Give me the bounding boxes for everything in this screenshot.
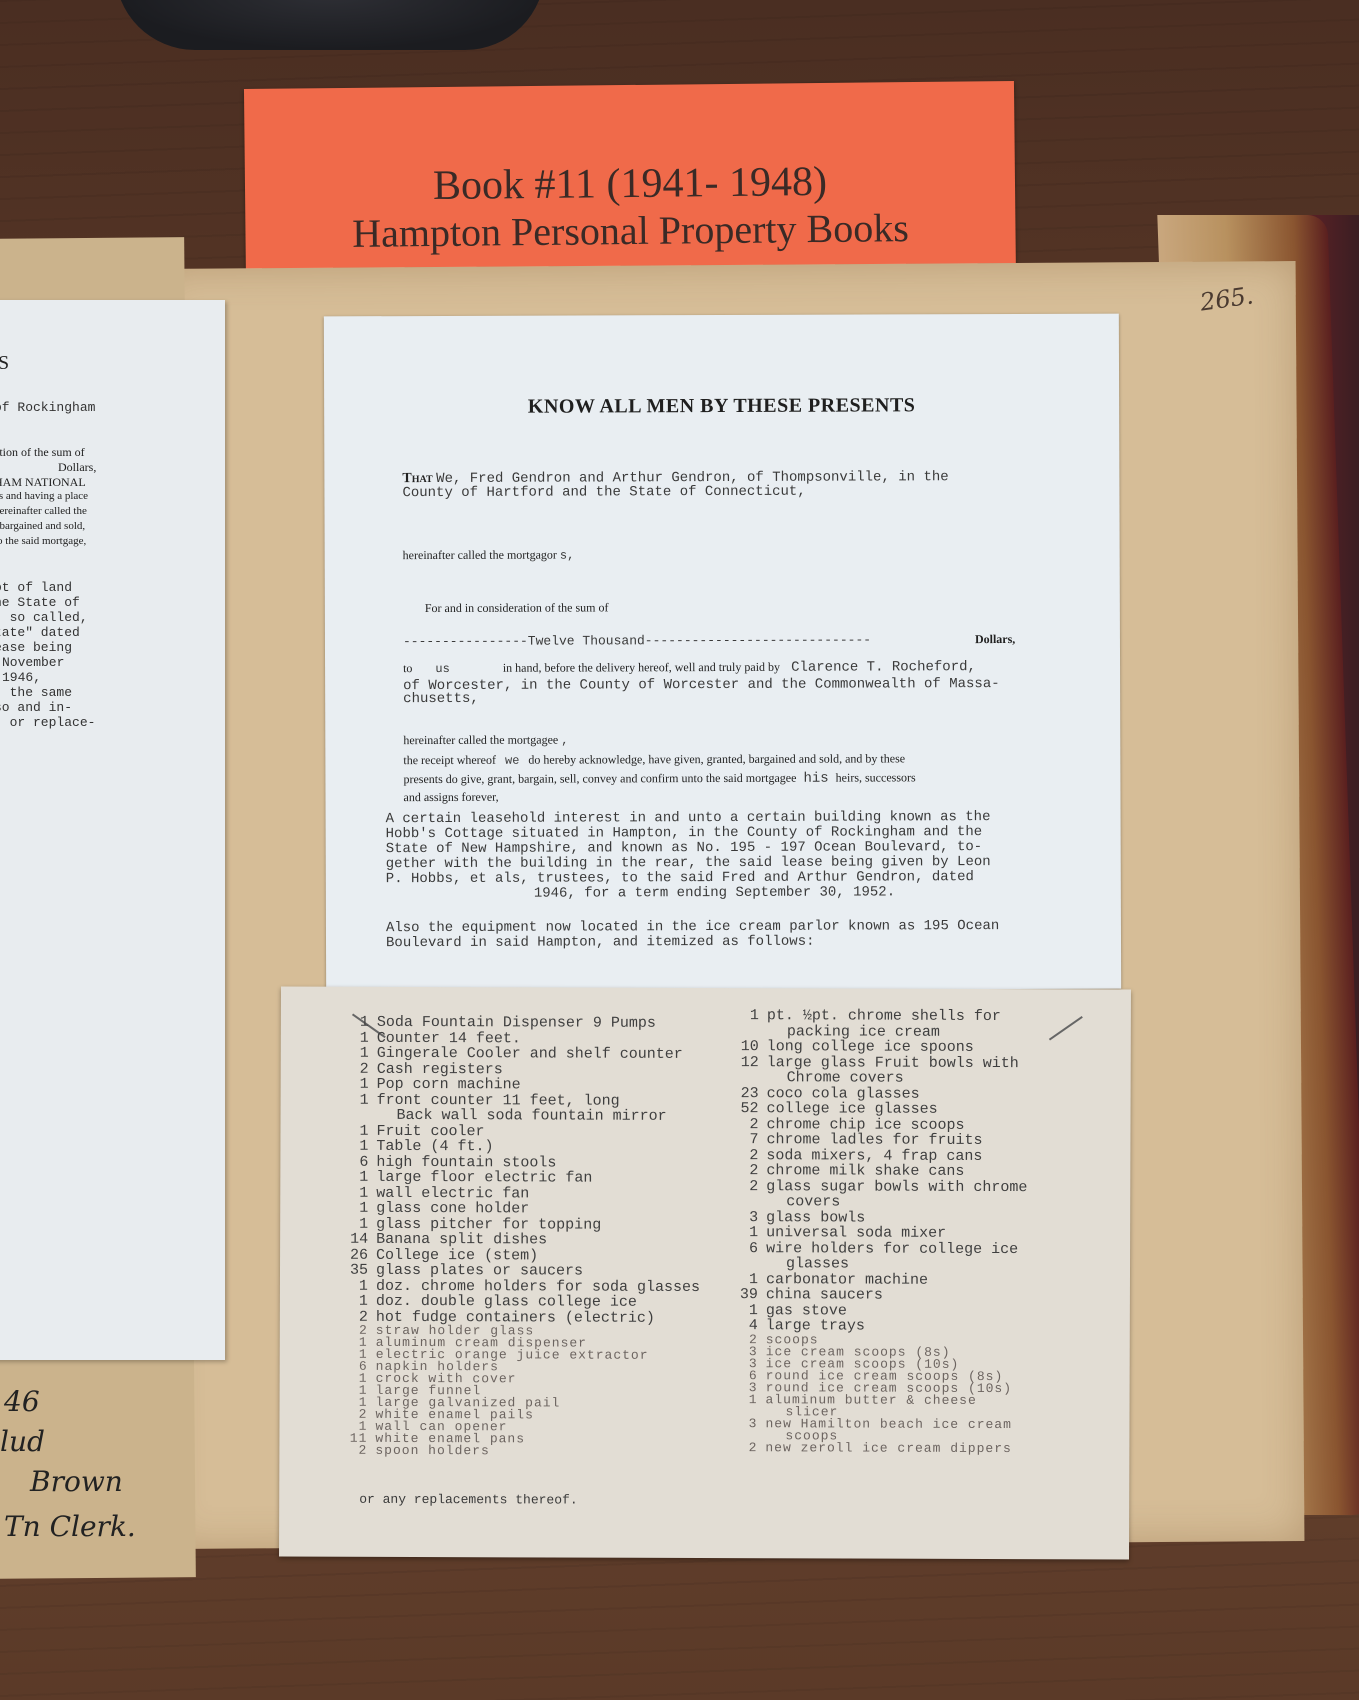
mortgagee-suffix: , [561,734,568,748]
handwriting-line: 46 [4,1385,40,1418]
item-quantity: 12 [731,1055,759,1071]
to-value: us [435,662,449,676]
item-description: pt. ½pt. chrome shells for [767,1008,1001,1024]
item-quantity: 39 [730,1287,758,1303]
item-description: gas stove [766,1303,847,1319]
item-description: Gingerale Cooler and shelf counter [377,1046,683,1063]
document-footer: or any replacements thereof. [359,1492,577,1508]
that-label: That [402,471,432,486]
left-typed-line: so and in- [0,700,72,715]
item-quantity: 1 [340,1185,368,1201]
inventory-item: covers [730,1194,1027,1211]
item-quantity: 2 [339,1445,367,1457]
inventory-item: 1aluminum butter & cheese [730,1394,1027,1407]
inventory-item: 3new Hamilton beach ice cream [729,1418,1026,1431]
item-description: large floor electric fan [376,1170,592,1186]
left-typed-line: , the same [0,685,72,700]
inventory-item: 2new zeroll ice cream dippers [729,1442,1026,1455]
item-quantity: 1 [730,1225,758,1241]
handwritten-signature: 46 lud Brown Tn Clerk. [0,1385,170,1585]
presents-line: presents do give, grant, bargain, sell, … [403,771,796,786]
inventory-sheet: 1Soda Fountain Dispenser 9 Pumps1Counter… [279,987,1131,1560]
item-description: spoon holders [375,1445,489,1457]
item-description: glass bowls [766,1210,865,1226]
item-quantity: 1 [340,1278,368,1294]
document-title: KNOW ALL MEN BY THESE PRESENTS [324,394,1119,420]
item-quantity: 26 [340,1247,368,1263]
handwriting-line: lud [0,1425,45,1458]
item-quantity: 1 [341,1015,369,1031]
consideration-label: For and in consideration of the sum of [425,600,609,616]
amount: ----------------Twelve Thousand---------… [403,632,871,649]
item-description: Table (4 ft.) [376,1139,493,1155]
to-label: to [403,661,412,675]
item-quantity: 1 [340,1216,368,1232]
receipt-prefix: the receipt whereof [403,753,496,767]
presents-suffix: heirs, successors [836,770,916,784]
item-quantity: 10 [731,1039,759,1055]
label-subtitle: Hampton Personal Property Books [245,203,1015,258]
left-typed-line: tate" dated [0,625,80,640]
left-line: , bargained and sold, [0,520,85,532]
item-quantity: 1 [730,1303,758,1319]
left-line: to the said mortgage, [0,535,86,547]
item-description: new zeroll ice cream dippers [765,1442,1011,1455]
item-description: covers [766,1194,840,1210]
item-quantity: 1 [340,1139,368,1155]
item-quantity: 2 [730,1148,758,1164]
item-quantity: 2 [729,1442,757,1454]
inventory-left-column: 1Soda Fountain Dispenser 9 Pumps1Counter… [339,1015,701,1458]
description-line: 1946, for a term ending September 30, 19… [386,885,991,902]
book-label-sheet: Book #11 (1941- 1948) Hampton Personal P… [244,81,1016,289]
left-typed-line: 1946, [2,670,41,685]
item-description: college ice glasses [767,1101,938,1117]
item-quantity: 2 [341,1061,369,1077]
item-quantity: 1 [341,1092,369,1108]
equipment-intro: Also the equipment now located in the ic… [386,919,999,951]
assigns-line: and assigns forever, [403,790,498,805]
left-line: Dollars, [58,460,96,475]
left-typed-line: he State of [0,595,80,610]
item-quantity: 14 [340,1232,368,1248]
item-quantity: 7 [730,1132,758,1148]
item-description: Soda Fountain Dispenser 9 Pumps [377,1015,656,1031]
payer-line3: chusetts, [403,691,479,707]
item-quantity: 1 [730,1394,758,1406]
mortgagor-suffix: s, [560,549,574,563]
item-quantity: 1 [730,1272,758,1288]
inventory-item: 2chrome milk shake cans [730,1163,1027,1180]
item-quantity: 23 [731,1086,759,1102]
dollars-label: Dollars, [975,632,1015,647]
item-quantity: 2 [730,1179,758,1195]
handwriting-line: Brown [30,1465,123,1498]
mortgagee-label: hereinafter called the mortgagee [403,733,558,748]
mortgagor-label: hereinafter called the mortgagor [403,548,557,563]
property-description: A certain leasehold interest in and unto… [386,810,991,902]
item-description: glass plates or saucers [376,1263,583,1279]
payer-line2: of Worcester, in the County of Worcester… [403,676,1000,694]
inventory-item: 1pt. ½pt. chrome shells for [731,1008,1028,1025]
left-typed-line: , or replace- [0,715,95,730]
inventory-item: 52college ice glasses [731,1101,1028,1118]
item-quantity: 35 [340,1263,368,1279]
inventory-item: 2spoon holders [339,1445,699,1458]
left-line: ation of the sum of [0,445,85,460]
inventory-right-column: 1pt. ½pt. chrome shells forpacking ice c… [729,1008,1028,1455]
payer: Clarence T. Rocheford, [791,659,976,676]
left-typed-line: November [2,655,64,670]
item-quantity: 1 [340,1170,368,1186]
item-description: universal soda mixer [766,1225,946,1241]
inventory-item: 10long college ice spoons [731,1039,1028,1056]
paid-by-label: in hand, before the delivery hereof, wel… [503,660,780,675]
item-description: long college ice spoons [767,1039,974,1055]
item-description: Fruit cooler [376,1123,484,1139]
mortgage-document: KNOW ALL MEN BY THESE PRESENTS That We, … [324,314,1121,992]
item-quantity: 1 [731,1008,759,1024]
inventory-item: 7chrome ladles for fruits [730,1132,1027,1149]
item-quantity: 1 [341,1030,369,1046]
left-typed-line: ease being [0,640,72,655]
left-typed-line: ot of land [0,580,72,595]
item-quantity: 3 [730,1210,758,1226]
grantors-line2: County of Hartford and the State of Conn… [402,484,805,501]
item-description: chrome milk shake cans [766,1163,964,1179]
inventory-item: Chrome covers [731,1070,1028,1087]
inventory-item: 1universal soda mixer [730,1225,1027,1242]
item-quantity: 1 [340,1123,368,1139]
item-quantity: 1 [340,1201,368,1217]
item-description: Chrome covers [767,1070,904,1086]
item-description: glass cone holder [376,1201,529,1217]
left-line: HAM NATIONAL [0,475,86,490]
inventory-item: 39china saucers [730,1287,1027,1304]
left-heading-fragment: S [0,352,9,375]
left-line: of Rockingham [0,400,95,415]
equipment-line: Boulevard in said Hampton, and itemized … [386,934,999,951]
item-quantity: 1 [341,1046,369,1062]
item-quantity: 6 [340,1154,368,1170]
left-line: hereinafter called the [0,505,87,517]
item-description: doz. double glass college ice [376,1294,637,1310]
item-description: china saucers [766,1287,883,1303]
receipt-suffix: do hereby acknowledge, have given, grant… [528,751,905,766]
item-quantity: 52 [731,1101,759,1117]
item-description: Banana split dishes [376,1232,547,1248]
left-typed-line: , so called, [0,610,88,625]
item-quantity: 2 [730,1117,758,1133]
handwriting-line: Tn Clerk. [4,1510,136,1543]
left-document: S of Rockingham ation of the sum of Doll… [0,300,225,1360]
receipt-who: we [505,754,519,768]
item-description: Cash registers [377,1061,503,1077]
inventory-item: glasses [730,1256,1027,1273]
inventory-item: 6wire holders for college ice [730,1241,1027,1258]
item-description: glasses [766,1256,849,1272]
shoe-object [115,0,545,50]
item-quantity: 3 [729,1418,757,1430]
item-description: Back wall soda fountain mirror [377,1108,667,1125]
left-line: es and having a place [0,490,88,502]
item-description: chrome ladles for fruits [766,1132,982,1148]
item-quantity: 6 [730,1241,758,1257]
item-description: Pop corn machine [377,1077,521,1093]
item-quantity: 2 [730,1163,758,1179]
presents-who: his [803,771,828,787]
check-mark [1049,1016,1083,1040]
item-quantity: 1 [341,1077,369,1093]
inventory-item: 2glass sugar bowls with chrome [730,1179,1027,1196]
item-quantity: 1 [340,1294,368,1310]
